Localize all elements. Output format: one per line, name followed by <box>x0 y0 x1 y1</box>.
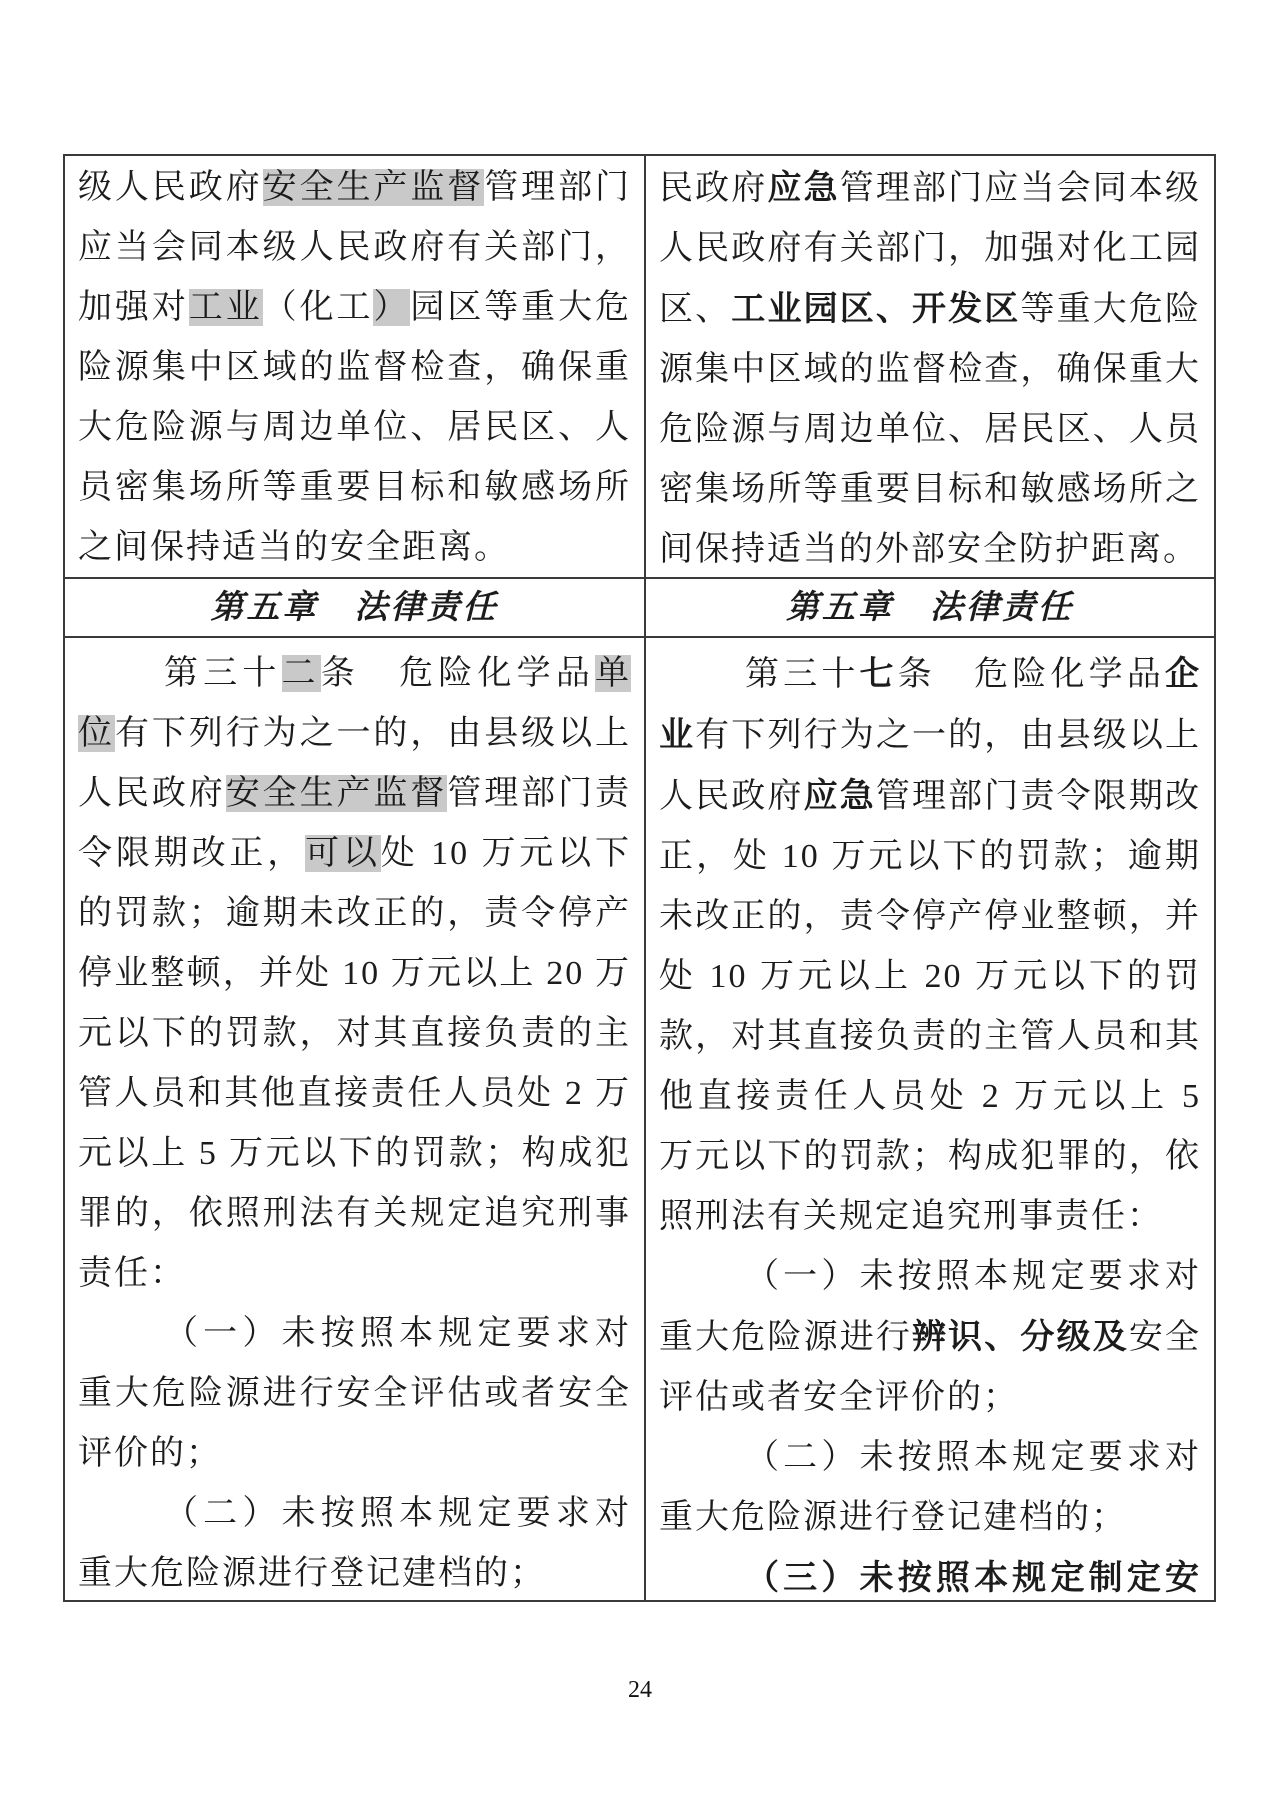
paragraph: （二）未按照本规定要求对重大危险源进行登记建档的； <box>78 1484 631 1600</box>
highlighted-text: 可以 <box>305 835 381 872</box>
bold-revision-text: 辨识、分级及 <box>912 1318 1129 1356</box>
new-version-article-cell: 第三十七条 危险化学品企业有下列行为之一的，由县级以上人民政府应急管理部门责令限… <box>646 638 1214 1600</box>
comparison-table: 级人民政府安全生产监督管理部门应当会同本级人民政府有关部门，加强对工业（化工）园… <box>63 154 1216 1602</box>
old-version-article-cell: 第三十二条 危险化学品单位有下列行为之一的，由县级以上人民政府安全生产监督管理部… <box>65 638 646 1600</box>
bold-revision-text: 应急 <box>804 777 876 815</box>
bold-revision-text: 工业园区、开发区 <box>731 290 1020 328</box>
body-text: 第三十 <box>745 656 860 693</box>
chapter-heading-right: 第五章 法律责任 <box>646 577 1214 638</box>
bold-revision-text: 应急 <box>767 169 839 207</box>
highlighted-text: 工业 <box>189 289 263 326</box>
paragraph: 第三十二条 危险化学品单位有下列行为之一的，由县级以上人民政府安全生产监督管理部… <box>78 644 631 1304</box>
body-text: 第三十 <box>164 655 282 692</box>
body-text: 级人民政府 <box>78 169 263 206</box>
body-text: 条 危险化学品 <box>898 656 1165 693</box>
paragraph: （三）未按照本规定制定安全包 <box>659 1548 1201 1600</box>
body-text: 等重大危险源集中区域的监督检查，确保重大危险源与周边单位、居民区、人员密集场所等… <box>659 291 1201 568</box>
paragraph: （一）未按照本规定要求对重大危险源进行安全评估或者安全评价的； <box>78 1304 631 1484</box>
body-text: （化工 <box>263 289 374 326</box>
paragraph: 民政府应急管理部门应当会同本级人民政府有关部门，加强对化工园区、工业园区、开发区… <box>659 158 1201 577</box>
paragraph: （一）未按照本规定要求对重大危险源进行辨识、分级及安全评估或者安全评价的； <box>659 1247 1201 1428</box>
body-text: 条 危险化学品 <box>321 655 595 692</box>
body-text: 管理部门责令限期改正，处 10 万元以下的罚款；逾期未改正的，责令停产停业整顿，… <box>659 778 1201 1235</box>
body-text: （二）未按照本规定要求对重大危险源进行登记建档的； <box>78 1495 631 1592</box>
bold-revision-text: 七 <box>860 655 898 693</box>
highlighted-text: 二 <box>282 655 321 692</box>
bold-revision-text: （三）未按照本规定制定安全包 <box>659 1559 1201 1600</box>
paragraph: 级人民政府安全生产监督管理部门应当会同本级人民政府有关部门，加强对工业（化工）园… <box>78 158 631 577</box>
body-text: （二）未按照本规定要求对重大危险源进行登记建档的； <box>659 1439 1201 1536</box>
chapter-heading-left: 第五章 法律责任 <box>65 577 646 638</box>
body-text: （一）未按照本规定要求对重大危险源进行安全评估或者安全评价的； <box>78 1315 631 1472</box>
highlighted-text: 安全生产监督 <box>263 169 485 206</box>
old-version-top-cell: 级人民政府安全生产监督管理部门应当会同本级人民政府有关部门，加强对工业（化工）园… <box>65 156 646 577</box>
document-page: { "page": { "number": "24" }, "colors": … <box>0 0 1280 1810</box>
highlighted-text: ） <box>373 289 410 326</box>
paragraph: 第三十七条 危险化学品企业有下列行为之一的，由县级以上人民政府应急管理部门责令限… <box>659 644 1201 1247</box>
highlighted-text: 安全生产监督 <box>226 775 448 812</box>
body-text: 园区等重大危险源集中区域的监督检查，确保重大危险源与周边单位、居民区、人员密集场… <box>78 289 631 566</box>
paragraph: （二）未按照本规定要求对重大危险源进行登记建档的； <box>659 1428 1201 1548</box>
body-text: 民政府 <box>659 170 767 207</box>
page-number: 24 <box>0 1676 1280 1704</box>
body-text: 处 10 万元以下的罚款；逾期未改正的，责令停产停业整顿，并处 10 万元以上 … <box>78 835 631 1292</box>
new-version-top-cell: 民政府应急管理部门应当会同本级人民政府有关部门，加强对化工园区、工业园区、开发区… <box>646 156 1214 577</box>
